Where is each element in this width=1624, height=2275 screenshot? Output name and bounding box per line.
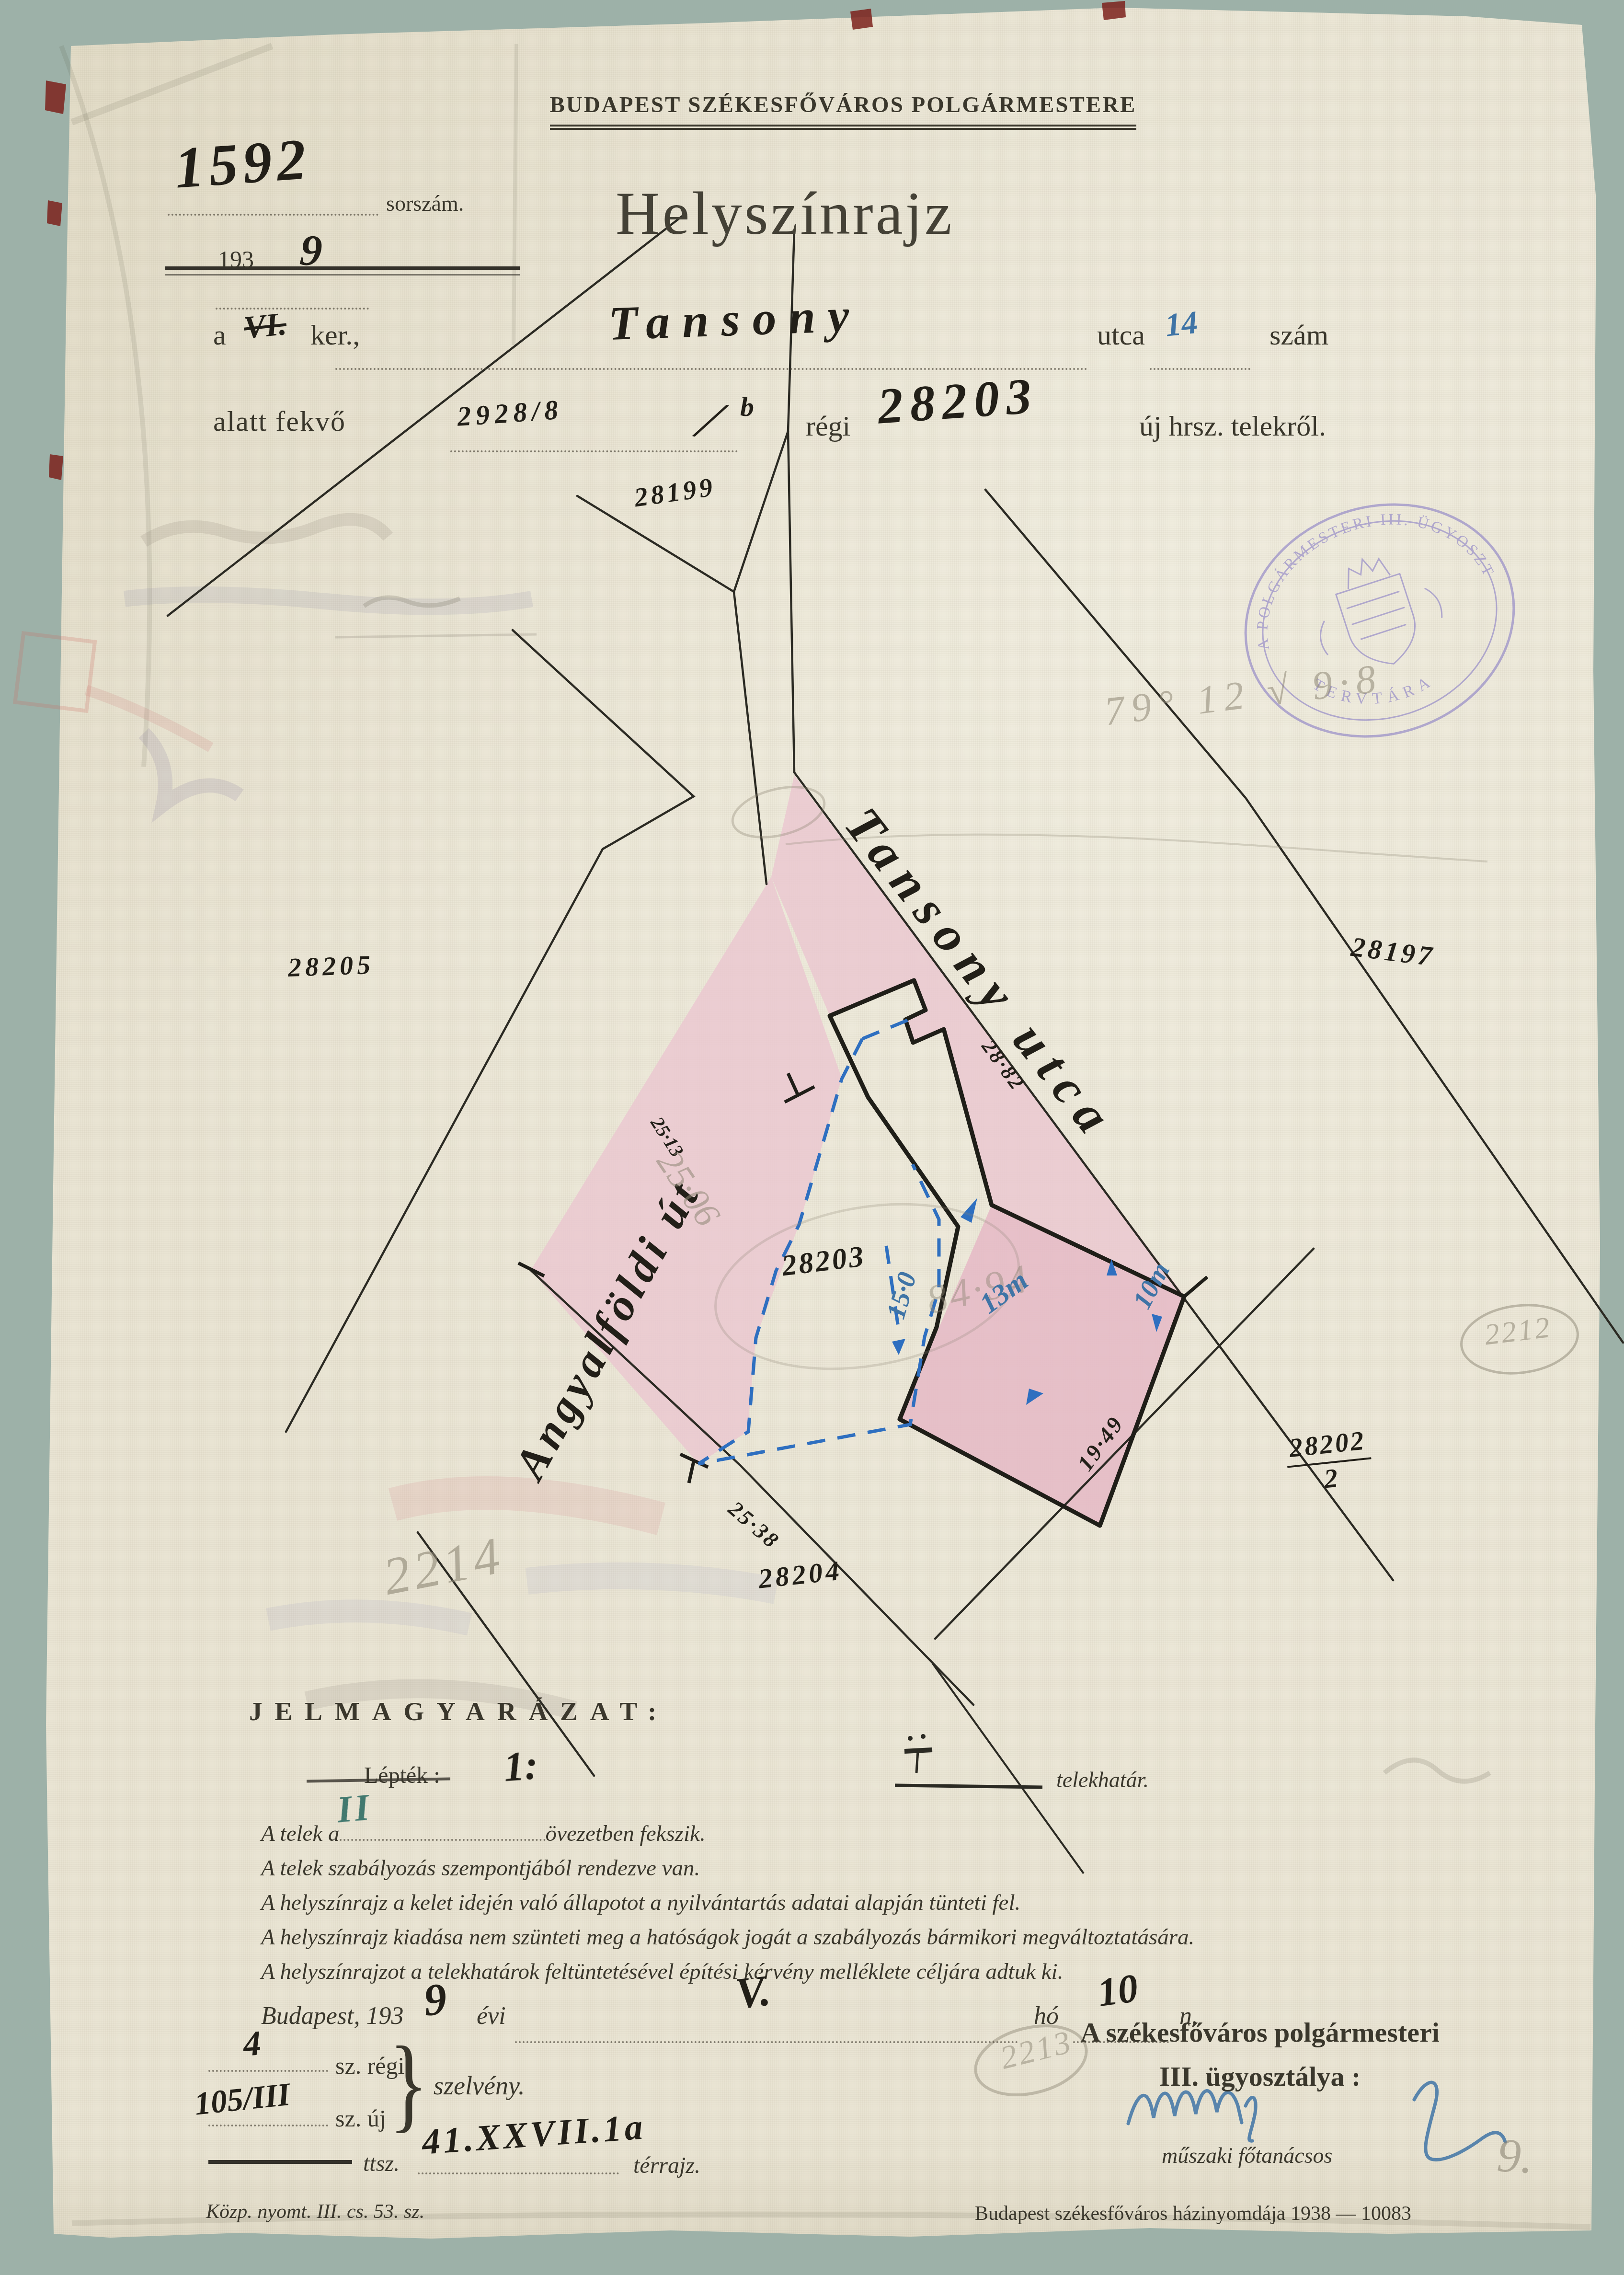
year-printed: 193	[218, 245, 254, 273]
district-handwritten: VI.	[242, 305, 288, 347]
ttsz-rule	[208, 2160, 352, 2164]
ovezet-handwritten: II	[335, 1785, 374, 1831]
date-city: Budapest, 193	[261, 2002, 404, 2030]
line1-ker: ker.,	[310, 319, 360, 352]
line2-dotted1	[450, 449, 738, 452]
office-role: műszaki főtanácsos	[1162, 2143, 1333, 2168]
office-line1: A székesfőváros polgármesteri	[1025, 2016, 1495, 2048]
parcel-pink-fills	[531, 775, 1186, 1526]
lepteke-label: Lépték :	[364, 1762, 440, 1789]
legend-line5: A helyszínrajzot a telekhatárok feltünte…	[261, 1959, 1063, 1985]
house-number-handwritten: 14	[1163, 303, 1200, 345]
legend-line1-a: A telek a	[261, 1821, 340, 1846]
line1-dotted2	[1150, 367, 1250, 370]
serial-number: 1592	[172, 126, 313, 202]
szelveny-label: szelvény.	[434, 2071, 525, 2101]
legend-line1: A telek aövezetben fekszik.	[261, 1821, 706, 1847]
parcel-label-28202-2: 28202 2	[1284, 1425, 1374, 1499]
footer-right: Budapest székesfőváros házinyomdája 1938…	[975, 2202, 1411, 2225]
line2-regi: régi	[806, 410, 850, 443]
legend-line4: A helyszínrajz kiadása nem szünteti meg …	[261, 1924, 1194, 1950]
pencil-note-9: 9.	[1496, 2127, 1534, 2184]
lepteke-value-handwritten: 1:	[502, 1741, 539, 1791]
date-day: 10	[1095, 1965, 1141, 2016]
date-dotted1	[515, 2040, 1018, 2043]
document-header: BUDAPEST SZÉKESFŐVÁROS POLGÁRMESTERE	[484, 92, 1202, 130]
line2-alatt: alatt fekvő	[213, 405, 346, 438]
new-lot-handwritten: 28203	[876, 367, 1040, 436]
scanned-site-plan-document: A POLGÁRMESTERI III. ÜGYOSZTÁLY TERVTÁRA	[0, 0, 1624, 2275]
legend-line2: A telek szabályozás szempontjából rendez…	[261, 1855, 700, 1881]
page-title: Helyszínrajz	[616, 178, 954, 249]
telekhatar-label: telekhatár.	[1056, 1767, 1149, 1792]
office-line2: III. ügyosztálya :	[1025, 2060, 1495, 2092]
serial-label: sorszám.	[386, 191, 464, 216]
footer-left: Közp. nyomt. III. cs. 53. sz.	[206, 2200, 424, 2223]
line1-a: a	[213, 319, 226, 352]
legend-line3: A helyszínrajz a kelet idején való állap…	[261, 1890, 1020, 1916]
parcel-label-28205: 28205	[287, 950, 375, 983]
year-handwritten: 9	[298, 224, 324, 276]
szelveny-regi-dotted	[208, 2069, 328, 2072]
ttsz-dotted	[418, 2172, 619, 2174]
line1-dotted	[335, 367, 1087, 370]
street-lines	[168, 215, 1623, 1776]
date-year-digit: 9	[422, 1972, 449, 2027]
serial-rule-thin	[165, 274, 520, 276]
serial-dotted-line	[168, 213, 378, 216]
line1-utca: utca	[1097, 319, 1145, 352]
street-handwritten: Tansony	[607, 287, 862, 351]
legend-line1-b: övezetben fekszik.	[546, 1821, 706, 1846]
ttsz-suffix: térrajz.	[633, 2152, 700, 2179]
year-dotted-line	[216, 307, 369, 310]
line2-uj: új hrsz. telekről.	[1139, 410, 1326, 443]
date-month: V.	[733, 1965, 773, 2019]
old-lot-suffix: b	[740, 391, 754, 423]
ttsz-label: ttsz.	[363, 2150, 400, 2177]
header-title: BUDAPEST SZÉKESFŐVÁROS POLGÁRMESTERE	[550, 92, 1137, 130]
legend-heading: JELMAGYARÁZAT:	[249, 1696, 669, 1726]
szelveny-uj-dotted	[208, 2124, 328, 2126]
date-evi: évi	[477, 2002, 506, 2030]
szelveny-uj-label: sz. új	[335, 2104, 386, 2132]
ovezet-dotted	[340, 1838, 546, 1841]
line1-szam: szám	[1269, 319, 1328, 352]
szelveny-regi-num: 4	[242, 2023, 263, 2065]
legend-telekhatar-symbol	[895, 1664, 1084, 1873]
